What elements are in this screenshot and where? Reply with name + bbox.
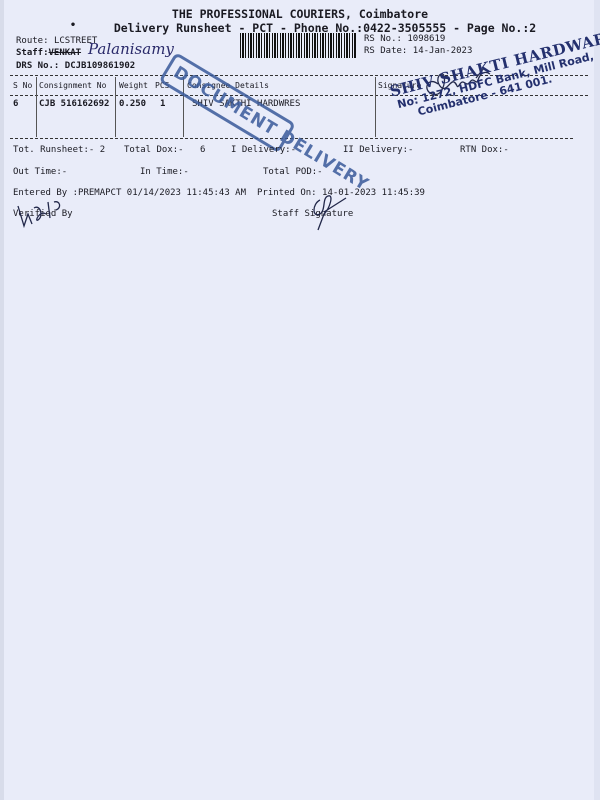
col-divider — [375, 77, 376, 137]
i-delivery: I Delivery:- — [231, 145, 296, 155]
cell-weight: 0.250 — [119, 99, 146, 109]
staff-signature-scribble — [300, 190, 360, 235]
route-label: Route: — [16, 36, 49, 46]
in-time: In Time:- — [140, 167, 189, 177]
barcode — [240, 33, 357, 58]
drs-value: DCJB109861902 — [65, 61, 135, 71]
col-divider — [36, 77, 37, 137]
staff-field: Staff:VENKAT — [16, 48, 81, 58]
cell-sno: 6 — [13, 99, 18, 109]
col-header-weight: Weight — [119, 81, 148, 90]
staff-label: Staff: — [16, 48, 49, 58]
drs-field: DRS No.: DCJB109861902 — [16, 61, 135, 71]
scan-edge-left — [0, 0, 4, 800]
runsheet-page: THE PROFESSIONAL COURIERS, Coimbatore • … — [0, 0, 600, 800]
staff-printed-value: VENKAT — [49, 48, 82, 58]
col-header-sno: S No — [13, 81, 32, 90]
rs-date-value: 14-Jan-2023 — [413, 46, 473, 56]
rs-date-label: RS Date: — [364, 46, 407, 56]
scan-edge-right — [594, 0, 600, 800]
rs-no-label: RS No.: — [364, 34, 402, 44]
rtn-dox: RTN Dox:- — [460, 145, 509, 155]
tot-runsheet: Tot. Runsheet:- 2 — [13, 145, 105, 155]
total-pod: Total POD:- — [263, 167, 323, 177]
route-field: Route: LCSTREET — [16, 36, 97, 46]
out-time: Out Time:- — [13, 167, 67, 177]
company-title: THE PROFESSIONAL COURIERS, Coimbatore — [0, 7, 600, 21]
staff-handwritten-name: Palanisamy — [88, 40, 174, 58]
total-dox-value: 6 — [200, 145, 205, 155]
verifier-signature-scribble — [10, 196, 70, 236]
drs-label: DRS No.: — [16, 61, 59, 71]
cell-pcs: 1 — [160, 99, 165, 109]
col-header-consignment: Consignment No — [39, 81, 106, 90]
rs-no-field: RS No.: 1098619 — [364, 34, 445, 44]
total-dox-label: Total Dox:- — [124, 145, 184, 155]
col-divider — [115, 77, 116, 137]
cell-consignment-no: CJB 516162692 — [39, 99, 109, 109]
rs-no-value: 1098619 — [407, 34, 445, 44]
ii-delivery: II Delivery:- — [343, 145, 413, 155]
rs-date-field: RS Date: 14-Jan-2023 — [364, 46, 472, 56]
